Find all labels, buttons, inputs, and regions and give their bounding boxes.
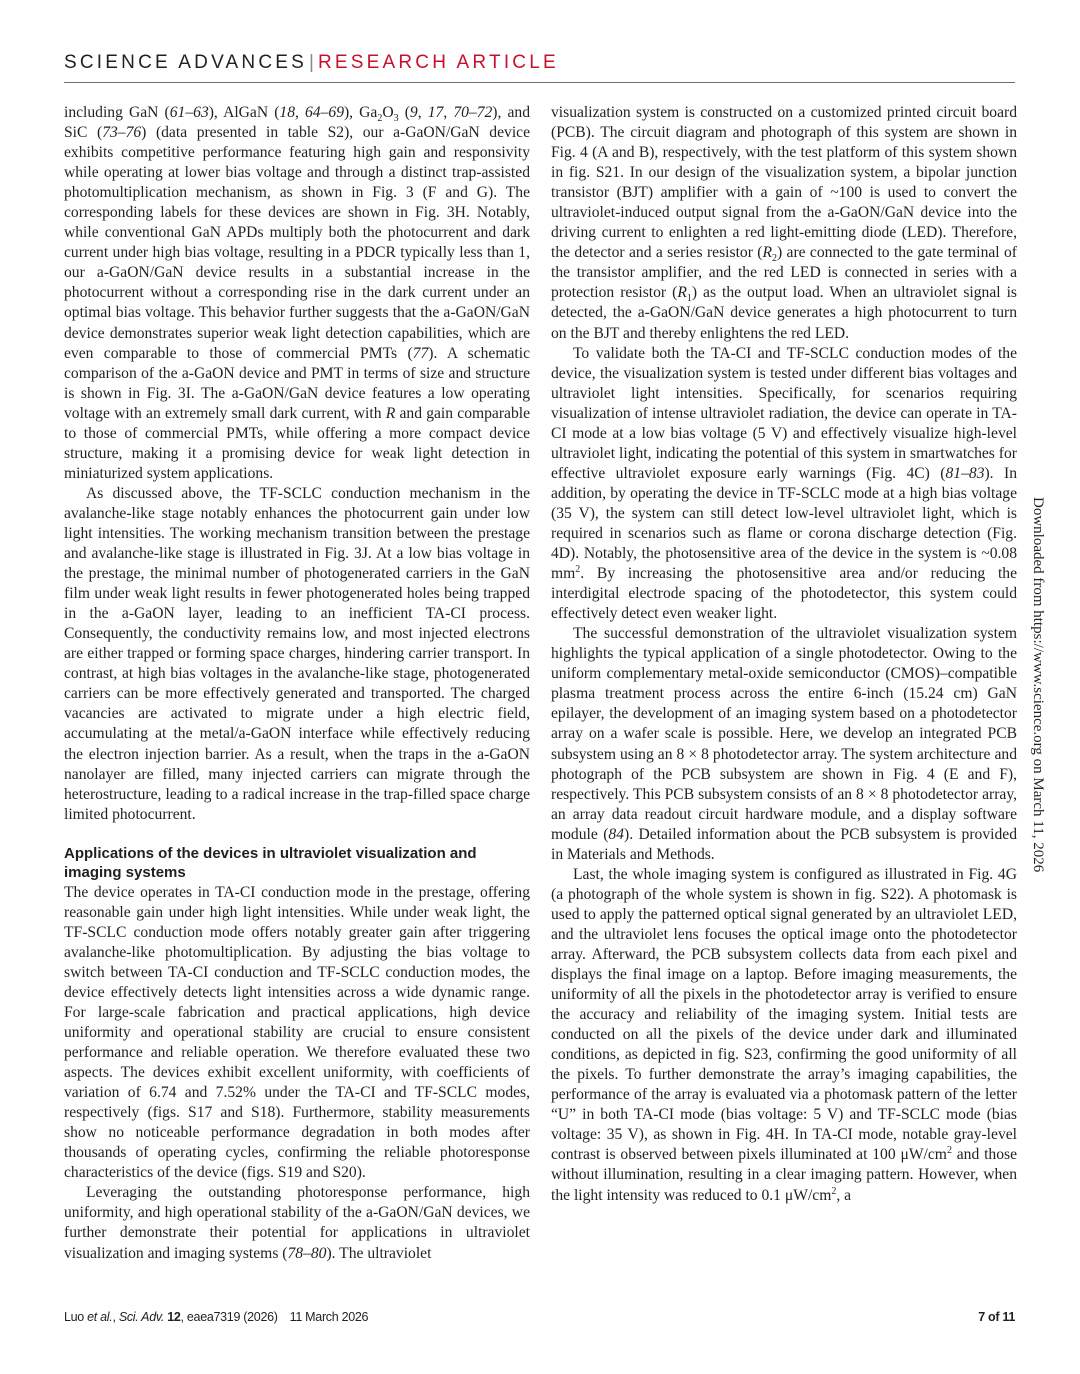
page-footer: Luo et al., Sci. Adv. 12, eaea7319 (2026… xyxy=(64,1310,1015,1330)
paragraph: Leveraging the outstanding photoresponse… xyxy=(64,1183,530,1263)
journal-abbrev: Sci. Adv. xyxy=(119,1310,164,1324)
citation-line: Luo et al., Sci. Adv. 12, eaea7319 (2026… xyxy=(64,1310,368,1324)
paragraph: Last, the whole imaging system is config… xyxy=(551,865,1017,1206)
citation-link[interactable]: 73–76 xyxy=(102,124,141,141)
text: ), Ga xyxy=(344,104,377,121)
variable: R xyxy=(386,405,396,422)
citation-link[interactable]: 64–69 xyxy=(305,104,344,121)
running-header: SCIENCE ADVANCES|RESEARCH ARTICLE xyxy=(64,52,1015,82)
paragraph: The successful demonstration of the ultr… xyxy=(551,624,1017,865)
paragraph: visualization system is constructed on a… xyxy=(551,103,1017,344)
citation-link[interactable]: 9 xyxy=(410,104,418,121)
text: , xyxy=(295,104,305,121)
header-separator: | xyxy=(309,52,314,73)
citation-link[interactable]: 78–80 xyxy=(287,1245,326,1262)
paragraph: To validate both the TA-CI and TF-SCLC c… xyxy=(551,344,1017,625)
text: ) (data presented in table S2), our a-Ga… xyxy=(64,124,530,362)
paragraph: The device operates in TA-CI conduction … xyxy=(64,883,530,1184)
et-al: et al. xyxy=(87,1310,112,1324)
text: visualization system is constructed on a… xyxy=(551,104,1017,261)
journal-name: SCIENCE ADVANCES xyxy=(64,52,307,73)
article-type-label: RESEARCH ARTICLE xyxy=(318,52,559,73)
publication-date: 11 March 2026 xyxy=(290,1310,369,1324)
citation-link[interactable]: 70–72 xyxy=(453,104,492,121)
citation-link[interactable]: 61–63 xyxy=(170,104,209,121)
citation-link[interactable]: 18 xyxy=(279,104,295,121)
text: . By increas­ing the photosensitive area… xyxy=(551,565,1017,622)
citation-link[interactable]: 84 xyxy=(608,826,624,843)
citation-link[interactable]: 77 xyxy=(413,345,429,362)
header-divider xyxy=(64,82,1015,83)
paragraph: including GaN (61–63), AlGaN (18, 64–69)… xyxy=(64,103,530,484)
article-id: , eaea7319 (2026) xyxy=(181,1310,278,1324)
right-column: visualization system is constructed on a… xyxy=(551,103,1017,1206)
text: The successful demonstration of the ultr… xyxy=(551,625,1017,842)
variable: R xyxy=(762,244,772,261)
text: O xyxy=(382,104,393,121)
variable: R xyxy=(677,284,687,301)
text: , a xyxy=(836,1187,851,1204)
citation-link[interactable]: 81–83 xyxy=(946,465,985,482)
text: including GaN ( xyxy=(64,104,170,121)
text: ). The ultraviolet xyxy=(326,1245,431,1262)
citation-link[interactable]: 17 xyxy=(428,104,444,121)
text: To validate both the TA-CI and TF-SCLC c… xyxy=(551,345,1017,482)
download-watermark: Downloaded from https://www.science.org … xyxy=(1024,497,1046,917)
author: Luo xyxy=(64,1310,87,1324)
volume: 12 xyxy=(167,1310,180,1324)
text: , xyxy=(418,104,428,121)
text: , xyxy=(443,104,453,121)
section-heading: Applications of the devices in ultraviol… xyxy=(64,844,530,882)
left-column: including GaN (61–63), AlGaN (18, 64–69)… xyxy=(64,103,530,1264)
text: ( xyxy=(399,104,410,121)
page-number: 7 of 11 xyxy=(978,1310,1015,1324)
paragraph: As discussed above, the TF-SCLC conducti… xyxy=(64,484,530,825)
text: Last, the whole imaging system is config… xyxy=(551,866,1017,1164)
text: ), AlGaN ( xyxy=(209,104,280,121)
